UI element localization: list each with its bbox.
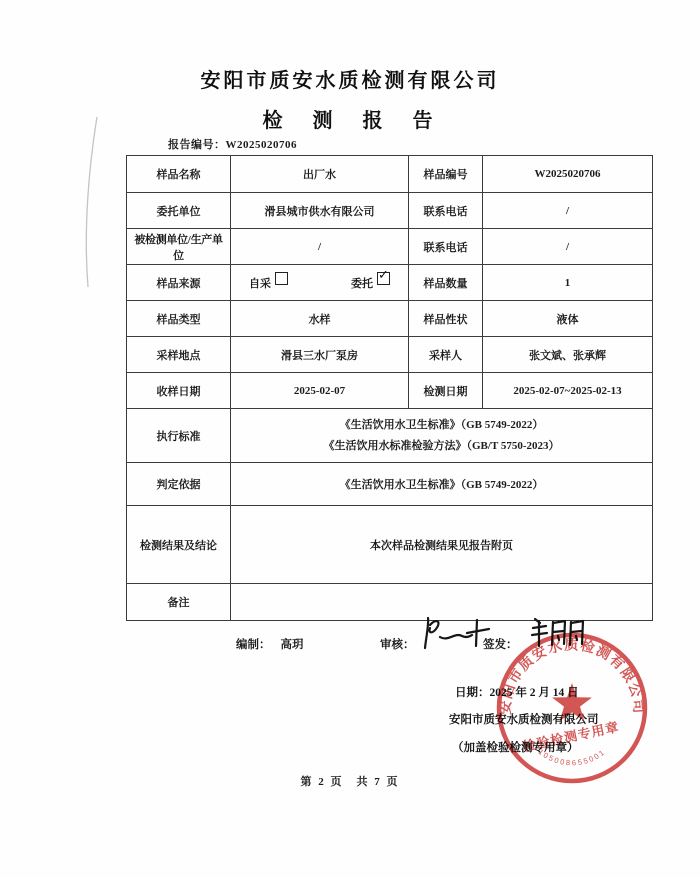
checkbox-self-collected: [275, 272, 288, 285]
table-row: 检测结果及结论 本次样品检测结果见报告附页: [127, 506, 653, 584]
label-result-conclusion: 检测结果及结论: [127, 506, 231, 584]
label-remarks: 备注: [127, 584, 231, 621]
scan-artifact-line: [75, 105, 115, 305]
table-row: 样品来源 自采 委托 ✓ 样品数量 1: [127, 265, 653, 301]
table-row: 采样地点 滑县三水厂泵房 采样人 张文斌、张承辉: [127, 337, 653, 373]
exec-standard-line-1: 《生活饮用水卫生标准》（GB 5749-2022）: [233, 415, 650, 436]
value-sample-character: 液体: [483, 301, 653, 337]
option-self-collected-label: 自采: [249, 275, 271, 291]
label-sample-source: 样品来源: [127, 265, 231, 301]
exec-standard-line-2: 《生活饮用水标准检验方法》（GB/T 5750-2023）: [233, 436, 650, 457]
label-judgment-basis: 判定依据: [127, 463, 231, 506]
checkbox-entrusted-checked: ✓: [377, 272, 390, 285]
value-sample-no: W2025020706: [483, 156, 653, 193]
label-sampler: 采样人: [409, 337, 483, 373]
star-icon: [552, 683, 592, 721]
label-receive-date: 收样日期: [127, 373, 231, 409]
report-number-label: 报告编号：: [168, 139, 226, 151]
reviewed-by: 审核：: [380, 636, 415, 652]
label-sample-no: 样品编号: [409, 156, 483, 193]
label-exec-standard: 执行标准: [127, 409, 231, 463]
label-sample-type: 样品类型: [127, 301, 231, 337]
label-phone-2: 联系电话: [409, 229, 483, 265]
option-entrusted: 委托 ✓: [351, 275, 390, 291]
value-sample-qty: 1: [483, 265, 653, 301]
value-test-date: 2025-02-07~2025-02-13: [483, 373, 653, 409]
report-number-line: 报告编号：W2025020706: [168, 136, 297, 152]
table-row: 委托单位 滑县城市供水有限公司 联系电话 /: [127, 193, 653, 229]
value-phone-1: /: [483, 193, 653, 229]
value-judgment-basis: 《生活饮用水卫生标准》（GB 5749-2022）: [231, 463, 653, 506]
reviewer-signature: [413, 610, 493, 656]
option-self-collected: 自采: [249, 275, 288, 291]
report-page: 安阳市质安水质检测有限公司 检 测 报 告 报告编号：W2025020706 样…: [0, 0, 700, 877]
value-receive-date: 2025-02-07: [231, 373, 409, 409]
sample-info-table: 样品名称 出厂水 样品编号 W2025020706 委托单位 滑县城市供水有限公…: [126, 155, 653, 621]
table-row: 样品名称 出厂水 样品编号 W2025020706: [127, 156, 653, 193]
label-sample-name: 样品名称: [127, 156, 231, 193]
label-test-date: 检测日期: [409, 373, 483, 409]
report-title: 检 测 报 告: [0, 104, 700, 133]
value-result-conclusion: 本次样品检测结果见报告附页: [231, 506, 653, 584]
value-phone-2: /: [483, 229, 653, 265]
value-sample-type: 水样: [231, 301, 409, 337]
prepared-label: 编制：: [236, 639, 271, 651]
check-icon: ✓: [378, 269, 389, 282]
label-phone-1: 联系电话: [409, 193, 483, 229]
seal-serial-number: 105008655001: [537, 747, 608, 767]
prepared-name: 高玥: [281, 639, 304, 651]
report-number-value: W2025020706: [226, 139, 298, 151]
company-title: 安阳市质安水质检测有限公司: [0, 64, 700, 93]
label-client: 委托单位: [127, 193, 231, 229]
value-inspected-unit: /: [231, 229, 409, 265]
table-row: 样品类型 水样 样品性状 液体: [127, 301, 653, 337]
table-row: 收样日期 2025-02-07 检测日期 2025-02-07~2025-02-…: [127, 373, 653, 409]
table-row: 被检测单位/生产单位 / 联系电话 /: [127, 229, 653, 265]
company-seal-stamp: 安阳市质安水质检测有限公司 105008655001 检验检测专用章: [492, 628, 652, 788]
label-sampling-site: 采样地点: [127, 337, 231, 373]
value-sampling-site: 滑县三水厂泵房: [231, 337, 409, 373]
label-sample-qty: 样品数量: [409, 265, 483, 301]
label-inspected-unit: 被检测单位/生产单位: [127, 229, 231, 265]
value-exec-standard: 《生活饮用水卫生标准》（GB 5749-2022） 《生活饮用水标准检验方法》（…: [231, 409, 653, 463]
page-number: 第 2 页 共 7 页: [0, 773, 700, 789]
value-sample-name: 出厂水: [231, 156, 409, 193]
value-client: 滑县城市供水有限公司: [231, 193, 409, 229]
option-entrusted-label: 委托: [351, 275, 373, 291]
value-sampler: 张文斌、张承辉: [483, 337, 653, 373]
value-sample-source: 自采 委托 ✓: [231, 265, 409, 301]
seal-badge-text: 检验检测专用章: [522, 719, 621, 754]
reviewed-label: 审核：: [380, 639, 415, 651]
table-row: 执行标准 《生活饮用水卫生标准》（GB 5749-2022） 《生活饮用水标准检…: [127, 409, 653, 463]
label-sample-character: 样品性状: [409, 301, 483, 337]
svg-text:105008655001: 105008655001: [537, 747, 608, 767]
table-row: 判定依据 《生活饮用水卫生标准》（GB 5749-2022）: [127, 463, 653, 506]
prepared-by: 编制：高玥: [236, 636, 304, 652]
